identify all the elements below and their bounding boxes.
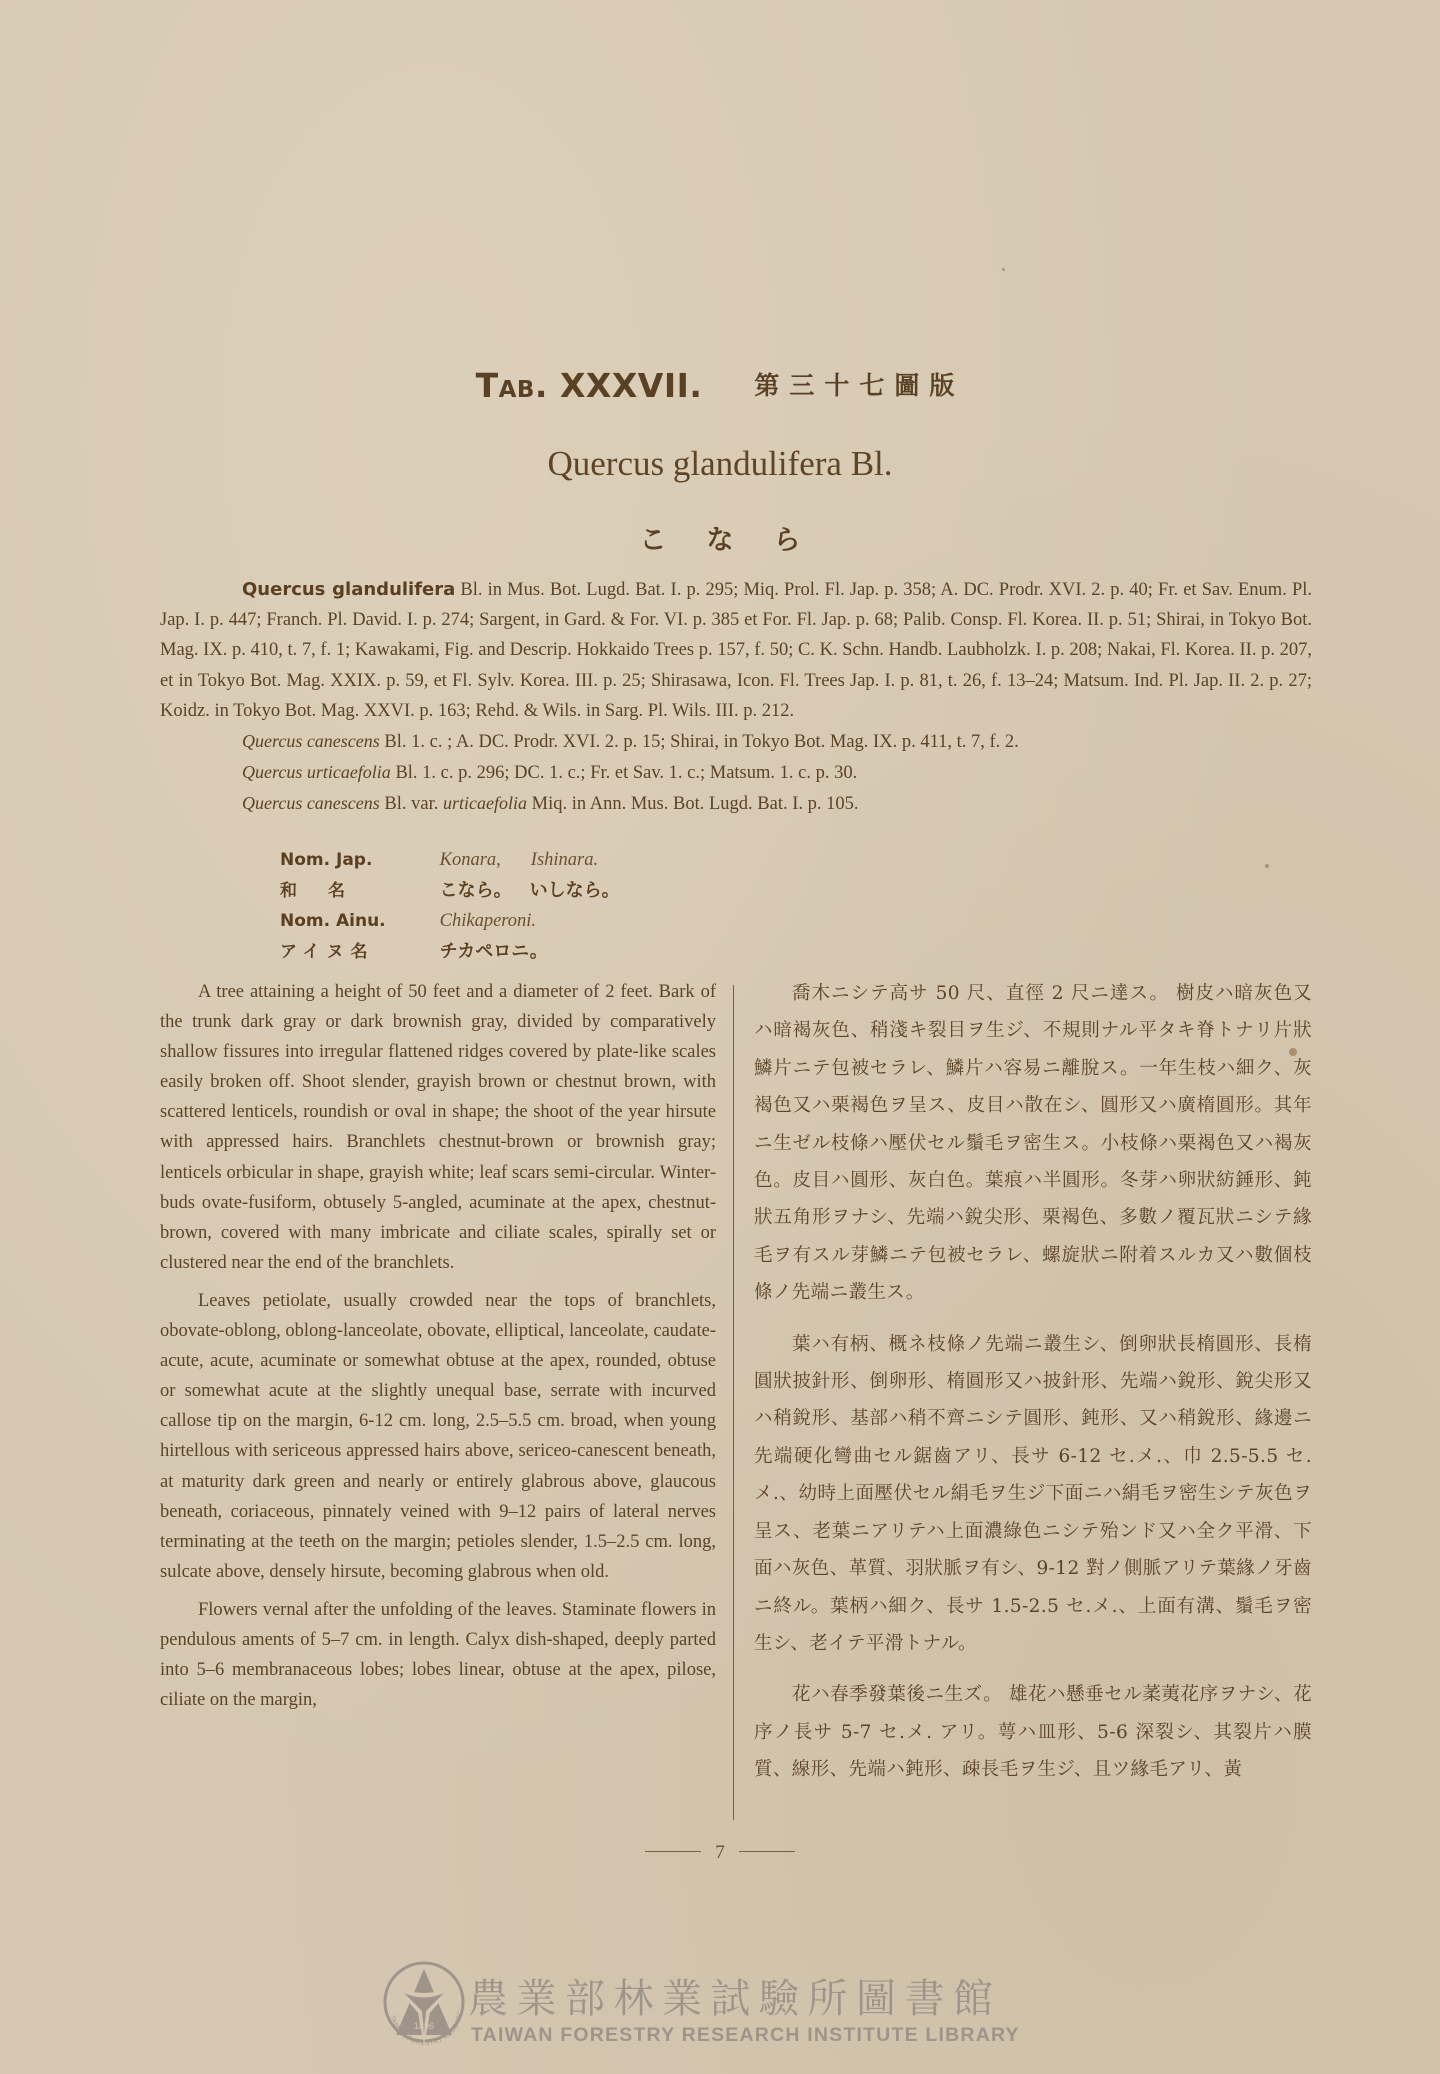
description-paragraph: 花ハ春季發葉後ニ生ズ。 雄花ハ懸垂セル葇荑花序ヲナシ、花序ノ長サ 5-7 セ.メ…	[754, 1676, 1312, 1788]
page-number-dash	[645, 1851, 701, 1852]
library-name-chinese: 農業部林業試驗所圖書館	[468, 1967, 1002, 2024]
library-name-english: TAIWAN FORESTRY RESEARCH INSTITUTE LIBRA…	[471, 2024, 1020, 2047]
name-row-wamei: 和 名 こなら。いしなら。	[280, 876, 620, 907]
plate-title: Tab. XXXVII. 第三十七圖版	[0, 366, 1440, 405]
synonymy-block: Quercus glandulifera Bl. in Mus. Bot. Lu…	[160, 575, 1312, 820]
paper-stain	[1289, 1048, 1297, 1056]
synonym-ref: Bl. var.	[380, 794, 443, 814]
page-number-dash	[739, 1851, 795, 1852]
synonym-name: Quercus canescens	[242, 793, 380, 813]
synonym-ref: Bl. 1. c. p. 296; DC. 1. c.; Fr. et Sav.…	[391, 763, 857, 783]
name-row-nom-jap: Nom. Jap. Konara,Ishinara.	[280, 845, 620, 876]
synonym-ref: Bl. 1. c. ; A. DC. Prodr. XVI. 2. p. 15;…	[380, 732, 1019, 752]
name-label: Nom. Jap.	[280, 845, 435, 876]
svg-text:1896: 1896	[414, 2021, 434, 2031]
english-description: A tree attaining a height of 50 feet and…	[160, 977, 716, 1723]
name-label: アイヌ名	[280, 937, 435, 968]
name-value: こなら。いしなら。	[440, 880, 620, 901]
species-title: Quercus glandulifera Bl.	[0, 444, 1440, 484]
description-paragraph: Leaves petiolate, usually crowded near t…	[160, 1286, 716, 1587]
column-divider	[733, 985, 734, 1820]
japanese-description: 喬木ニシテ高サ 50 尺、直徑 2 尺ニ達ス。 樹皮ハ暗灰色又ハ暗褐灰色、稍淺キ…	[754, 975, 1312, 1803]
plate-number: Tab. XXXVII.	[476, 366, 703, 405]
description-paragraph: A tree attaining a height of 50 feet and…	[160, 977, 716, 1278]
name-value: Konara,Ishinara.	[440, 850, 599, 870]
vernacular-names: Nom. Jap. Konara,Ishinara. 和 名 こなら。いしなら。…	[280, 845, 620, 967]
synonym-ref: Miq. in Ann. Mus. Bot. Lugd. Bat. I. p. …	[527, 794, 858, 814]
name-label: 和 名	[280, 876, 435, 907]
variety-name: urticaefolia	[443, 793, 527, 813]
synonym-name: Quercus urticaefolia	[242, 762, 391, 782]
synonym-entry: Quercus urticaefolia Bl. 1. c. p. 296; D…	[242, 757, 1312, 788]
institute-seal-icon: 1896 TAIWAN FORESTRY RESEARCH INSTITUTE	[376, 1947, 468, 2057]
description-paragraph: 葉ハ有柄、概ネ枝條ノ先端ニ叢生シ、倒卵狀長楕圓形、長楕圓狀披針形、倒卵形、楕圓形…	[754, 1326, 1312, 1663]
name-konara: Konara,	[440, 850, 501, 870]
japanese-common-name: こなら	[0, 518, 1440, 557]
synonym-entry: Quercus canescens Bl. var. urticaefolia …	[242, 788, 1312, 819]
page-number: 7	[0, 1842, 1440, 1864]
name-row-nom-ainu: Nom. Ainu. Chikaperoni.	[280, 906, 620, 937]
name-ishinara: Ishinara.	[531, 850, 598, 870]
name-row-ainu: アイヌ名 チカペロニ。	[280, 937, 620, 968]
name-value: チカペロニ。	[440, 941, 548, 962]
main-reference: Quercus glandulifera Bl. in Mus. Bot. Lu…	[160, 575, 1312, 726]
name-ishinara-kana: いしなら。	[530, 880, 620, 901]
page-number-value: 7	[715, 1842, 725, 1863]
accepted-name: Quercus glandulifera	[242, 579, 455, 600]
name-label: Nom. Ainu.	[280, 906, 435, 937]
paper-speck	[1002, 268, 1005, 271]
name-value: Chikaperoni.	[440, 911, 536, 931]
plate-title-jp: 第三十七圖版	[754, 371, 964, 400]
reference-list: Bl. in Mus. Bot. Lugd. Bat. I. p. 295; M…	[160, 580, 1312, 721]
synonym-name: Quercus canescens	[242, 731, 380, 751]
description-paragraph: 喬木ニシテ高サ 50 尺、直徑 2 尺ニ達ス。 樹皮ハ暗灰色又ハ暗褐灰色、稍淺キ…	[754, 975, 1312, 1312]
synonym-entry: Quercus canescens Bl. 1. c. ; A. DC. Pro…	[242, 726, 1312, 757]
synonym-list: Quercus canescens Bl. 1. c. ; A. DC. Pro…	[160, 726, 1312, 820]
name-konara-kana: こなら。	[440, 880, 512, 901]
paper-speck	[1265, 864, 1269, 868]
description-paragraph: Flowers vernal after the unfolding of th…	[160, 1595, 716, 1715]
